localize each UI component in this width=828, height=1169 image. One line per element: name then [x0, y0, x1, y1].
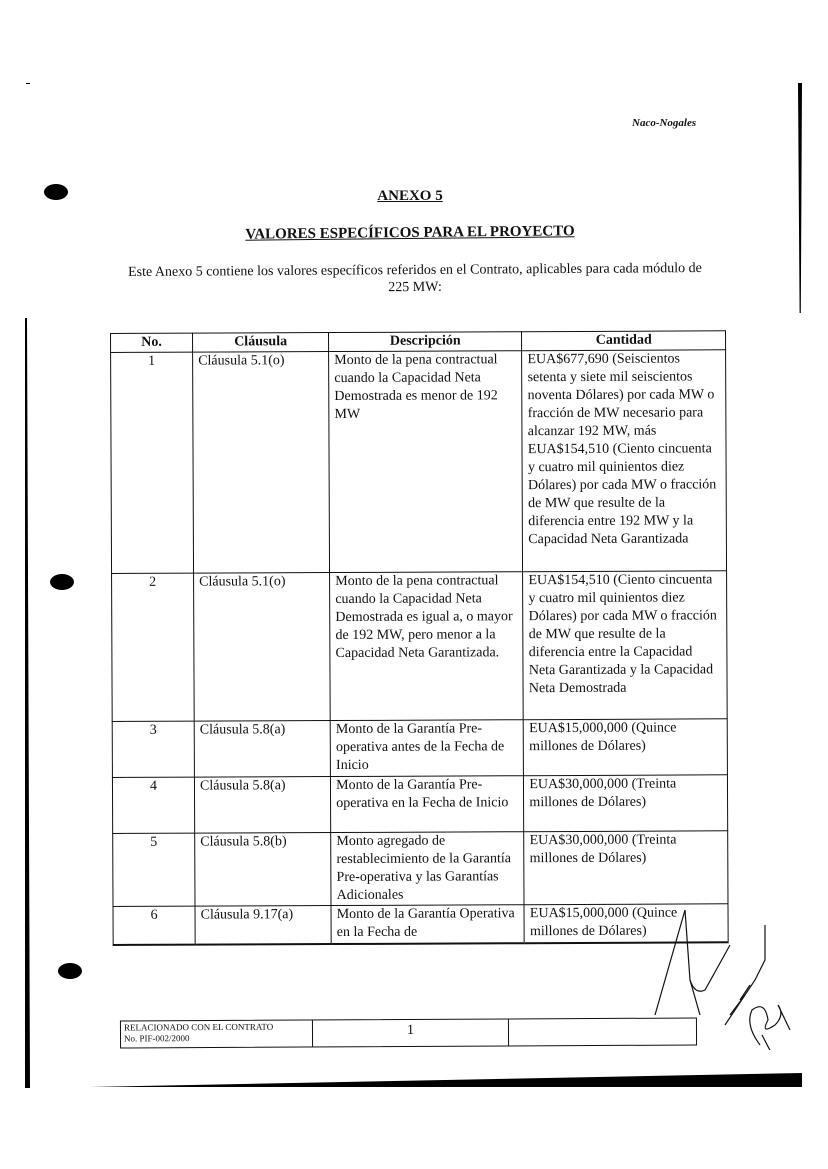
column-header-no: No. — [111, 333, 193, 352]
row-descripcion: Monto de la pena contractual cuando la C… — [329, 351, 523, 573]
row-cantidad: EUA$30,000,000 (Treinta millones de Dóla… — [524, 775, 728, 832]
scan-mark — [26, 83, 30, 84]
row-descripcion: Monto de la pena contractual cuando la C… — [330, 572, 524, 721]
table-row: 1 Cláusula 5.1(o) Monto de la pena contr… — [111, 350, 727, 574]
row-number: 4 — [112, 777, 194, 833]
footer-blank-cell — [509, 1018, 696, 1045]
table-row: 2 Cláusula 5.1(o) Monto de la pena contr… — [112, 571, 728, 722]
column-header-cantidad: Cantidad — [522, 331, 726, 351]
table-header-row: No. Cláusula Descripción Cantidad — [111, 331, 726, 353]
row-descripcion: Monto de la Garantía Pre-operativa en la… — [331, 776, 524, 833]
table-row: 5 Cláusula 5.8(b) Monto agregado de rest… — [113, 831, 728, 907]
values-table: No. Cláusula Descripción Cantidad 1 Cláu… — [110, 330, 729, 945]
contract-footer: RELACIONADO CON EL CONTRATO No. PIF-002/… — [120, 1017, 697, 1048]
punch-hole-icon — [50, 574, 74, 590]
annex-subtitle: VALORES ESPECÍFICOS PARA EL PROYECTO — [245, 223, 574, 243]
row-cantidad: EUA$154,510 (Ciento cincuenta y cuatro m… — [523, 571, 727, 720]
row-number: 5 — [113, 833, 195, 906]
row-descripcion: Monto agregado de restablecimiento de la… — [331, 832, 525, 906]
row-clausula: Cláusula 5.8(a) — [195, 777, 331, 834]
contract-reference: RELACIONADO CON EL CONTRATO No. PIF-002/… — [121, 1021, 313, 1048]
table-row: 4 Cláusula 5.8(a) Monto de la Garantía P… — [112, 775, 727, 834]
row-number: 1 — [111, 352, 194, 573]
row-clausula: Cláusula 5.8(b) — [195, 833, 331, 907]
annex-intro: Este Anexo 5 contiene los valores especí… — [120, 260, 710, 298]
contract-reference-line2: No. PIF-002/2000 — [124, 1033, 309, 1045]
column-header-descripcion: Descripción — [329, 332, 522, 352]
column-header-clausula: Cláusula — [193, 333, 329, 353]
row-number: 3 — [112, 721, 194, 777]
table-row: 6 Cláusula 9.17(a) Monto de la Garantía … — [113, 904, 728, 945]
row-clausula: Cláusula 5.1(o) — [193, 352, 330, 574]
row-clausula: Cláusula 9.17(a) — [195, 906, 331, 945]
row-descripcion: Monto de la Garantía Pre-operativa antes… — [330, 720, 523, 777]
table-row: 3 Cláusula 5.8(a) Monto de la Garantía P… — [112, 719, 727, 778]
punch-hole-icon — [44, 184, 68, 200]
punch-hole-icon — [58, 963, 82, 979]
row-number: 6 — [113, 906, 195, 944]
row-descripcion: Monto de la Garantía Operativa en la Fec… — [331, 905, 524, 944]
row-cantidad: EUA$677,690 (Seiscientos setenta y siete… — [522, 350, 727, 572]
project-name-header: Naco-Nogales — [632, 117, 696, 129]
scan-edge-left — [25, 318, 30, 1088]
row-cantidad: EUA$30,000,000 (Treinta millones de Dóla… — [524, 831, 728, 905]
page-number: 1 — [313, 1019, 509, 1046]
scan-edge-bottom — [90, 1073, 802, 1087]
row-cantidad: EUA$15,000,000 (Quince millones de Dólar… — [524, 719, 728, 776]
row-number: 2 — [112, 573, 195, 721]
scan-edge-right — [798, 83, 802, 313]
row-clausula: Cláusula 5.8(a) — [194, 721, 330, 778]
row-clausula: Cláusula 5.1(o) — [194, 573, 331, 722]
annex-title: ANEXO 5 — [377, 188, 442, 205]
